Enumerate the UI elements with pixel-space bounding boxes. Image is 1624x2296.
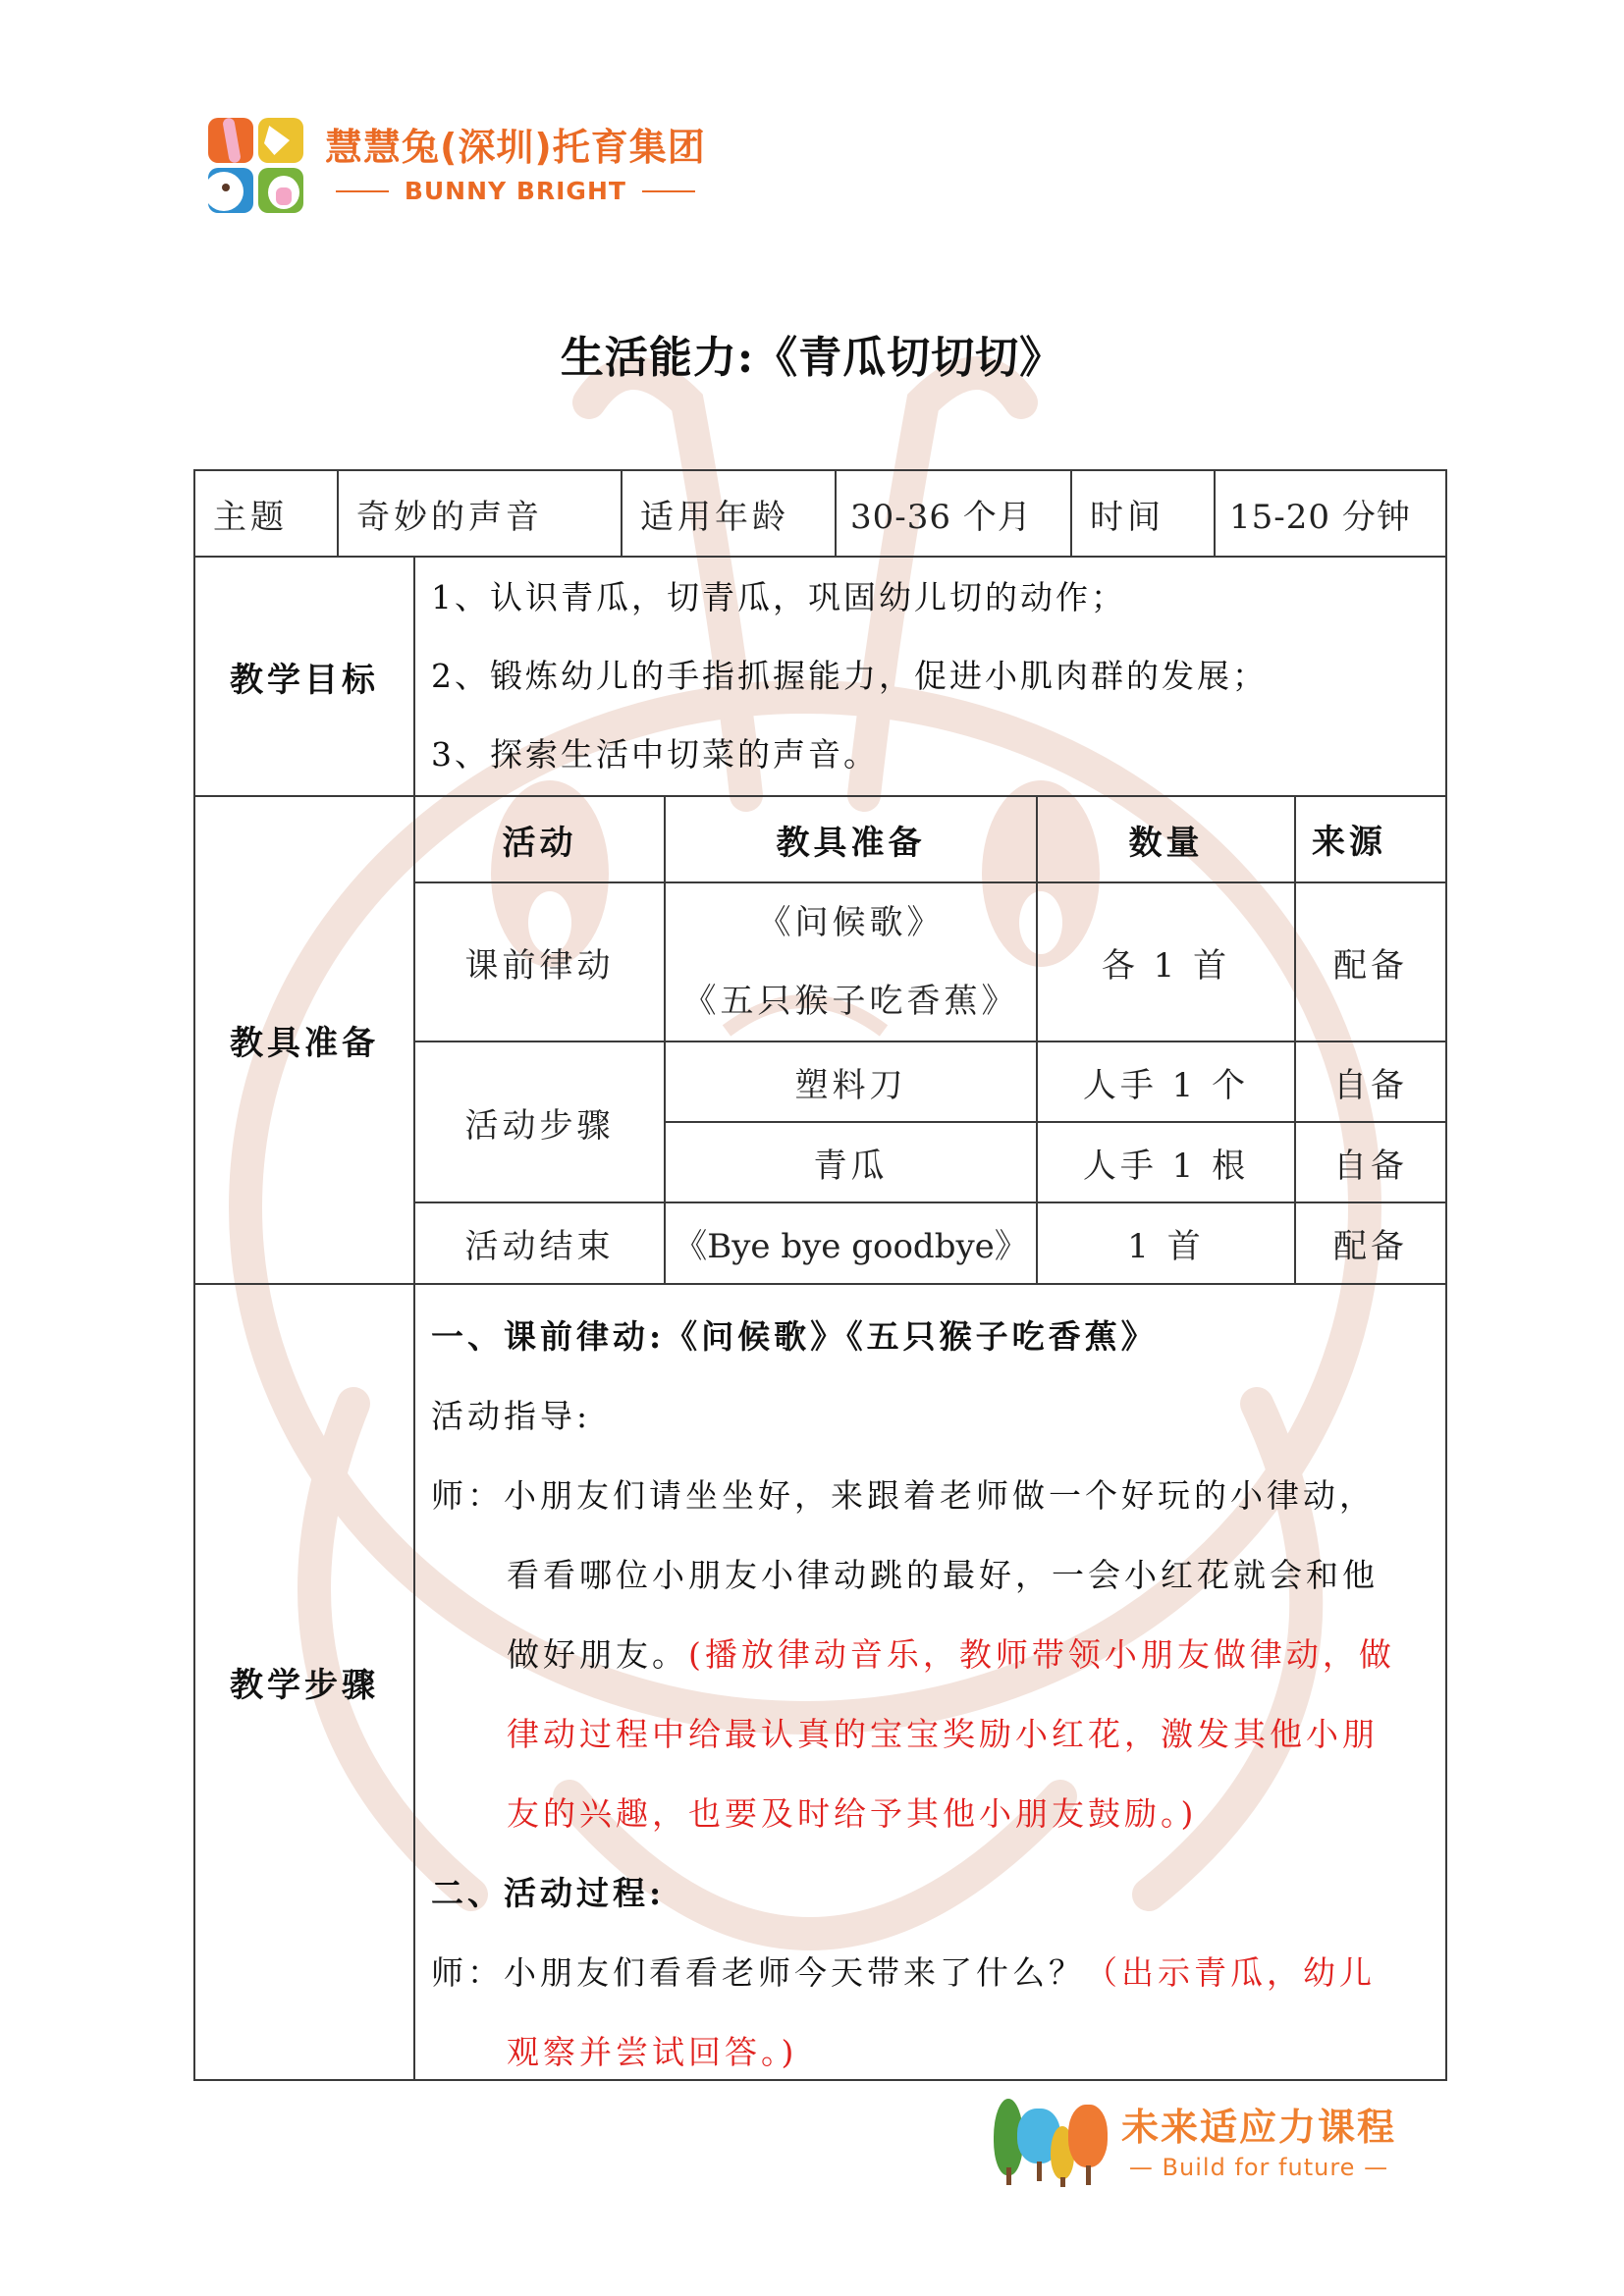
- steps-content: 一、课前律动:《问候歌》《五只猴子吃香蕉》 活动指导: 师：小朋友们请坐坐好，来…: [413, 1283, 1447, 2081]
- table-row: 配备: [1294, 881, 1447, 1042]
- section1-heading: 一、课前律动:《问候歌》《五只猴子吃香蕉》: [431, 1297, 1158, 1376]
- divider-line: [642, 190, 695, 192]
- instruction-note: 律动过程中给最认真的宝宝奖励小红花，激发其他小朋: [431, 1694, 1379, 1774]
- goals-list: 1、认识青瓜，切青瓜，巩固幼儿切的动作； 2、锻炼幼儿的手指抓握能力，促进小肌肉…: [413, 556, 1447, 797]
- teacher-dialogue: 师：小朋友们看看老师今天带来了什么？（出示青瓜，幼儿: [431, 1933, 1376, 2012]
- teacher-dialogue: 看看哪位小朋友小律动跳的最好，一会小红花就会和他: [431, 1535, 1379, 1615]
- divider-line: [336, 190, 389, 192]
- org-name-en: BUNNY BRIGHT: [405, 177, 626, 205]
- age-value: 30-36 个月: [850, 490, 1032, 538]
- time-label-cell: 时间: [1070, 469, 1216, 558]
- theme-label-cell: 主题: [193, 469, 339, 558]
- time-value: 15-20 分钟: [1229, 490, 1411, 538]
- materials-header-item: 教具准备: [664, 795, 1038, 883]
- steps-label-cell: 教学步骤: [193, 1283, 415, 2081]
- table-row: 青瓜: [664, 1121, 1038, 1203]
- section2-heading: 二、活动过程:: [431, 1853, 665, 1933]
- table-row: 各 1 首: [1036, 881, 1296, 1042]
- instruction-note: (播放律动音乐，教师带领小朋友做律动，做: [688, 1635, 1395, 1674]
- instruction-note: 观察并尝试回答。): [431, 2012, 797, 2092]
- table-row: 1 首: [1036, 1201, 1296, 1285]
- table-row: 《问候歌》 《五只猴子吃香蕉》: [664, 881, 1038, 1042]
- table-row: 活动步骤: [413, 1041, 666, 1203]
- program-name-en: — Build for future —: [1129, 2154, 1388, 2181]
- guide-label: 活动指导:: [431, 1376, 591, 1456]
- logo-mark-icon: [208, 118, 303, 213]
- instruction-note: （出示青瓜，幼儿: [1085, 1953, 1376, 1992]
- goal-item: 2、锻炼幼儿的手指抓握能力，促进小肌肉群的发展；: [431, 637, 1268, 716]
- goal-item: 1、认识青瓜，切青瓜，巩固幼儿切的动作；: [431, 559, 1126, 637]
- table-row: 《Bye bye goodbye》: [664, 1201, 1038, 1285]
- table-row: 配备: [1294, 1201, 1447, 1285]
- table-row: 自备: [1294, 1041, 1447, 1123]
- table-row: 人手 1 根: [1036, 1121, 1296, 1203]
- theme-label: 主题: [213, 490, 288, 538]
- materials-label-cell: 教具准备: [193, 795, 415, 1285]
- page-title: 生活能力:《青瓜切切切》: [0, 322, 1624, 385]
- instruction-note: 友的兴趣，也要及时给予其他小朋友鼓励。): [431, 1774, 1197, 1853]
- steps-label: 教学步骤: [230, 1658, 379, 1706]
- materials-header-source: 来源: [1294, 795, 1447, 883]
- materials-header-activity: 活动: [413, 795, 666, 883]
- goals-label-cell: 教学目标: [193, 556, 415, 797]
- table-row: 人手 1 个: [1036, 1041, 1296, 1123]
- program-logo: 未来适应力课程 — Build for future —: [992, 2099, 1396, 2187]
- table-row: 塑料刀: [664, 1041, 1038, 1123]
- age-value-cell: 30-36 个月: [835, 469, 1072, 558]
- time-label: 时间: [1090, 490, 1164, 538]
- teacher-dialogue: 师：小朋友们请坐坐好，来跟着老师做一个好玩的小律动，: [431, 1456, 1376, 1535]
- table-row: 课前律动: [413, 881, 666, 1042]
- age-label: 适用年龄: [640, 490, 789, 538]
- teacher-dialogue: 做好朋友。(播放律动音乐，教师带领小朋友做律动，做: [431, 1615, 1395, 1694]
- time-value-cell: 15-20 分钟: [1214, 469, 1447, 558]
- program-name-cn: 未来适应力课程: [1121, 2105, 1396, 2150]
- theme-value: 奇妙的声音: [356, 490, 543, 538]
- table-row: 自备: [1294, 1121, 1447, 1203]
- goals-label: 教学目标: [230, 653, 379, 701]
- materials-header-quantity: 数量: [1036, 795, 1296, 883]
- materials-label: 教具准备: [230, 1016, 379, 1064]
- theme-value-cell: 奇妙的声音: [337, 469, 623, 558]
- goal-item: 3、探索生活中切菜的声音。: [431, 716, 879, 794]
- table-row: 活动结束: [413, 1201, 666, 1285]
- org-name-cn: 慧慧兔(深圳)托育集团: [325, 126, 706, 169]
- org-logo: 慧慧兔(深圳)托育集团 BUNNY BRIGHT: [208, 118, 706, 213]
- age-label-cell: 适用年龄: [621, 469, 837, 558]
- trees-logo-icon: [992, 2099, 1110, 2187]
